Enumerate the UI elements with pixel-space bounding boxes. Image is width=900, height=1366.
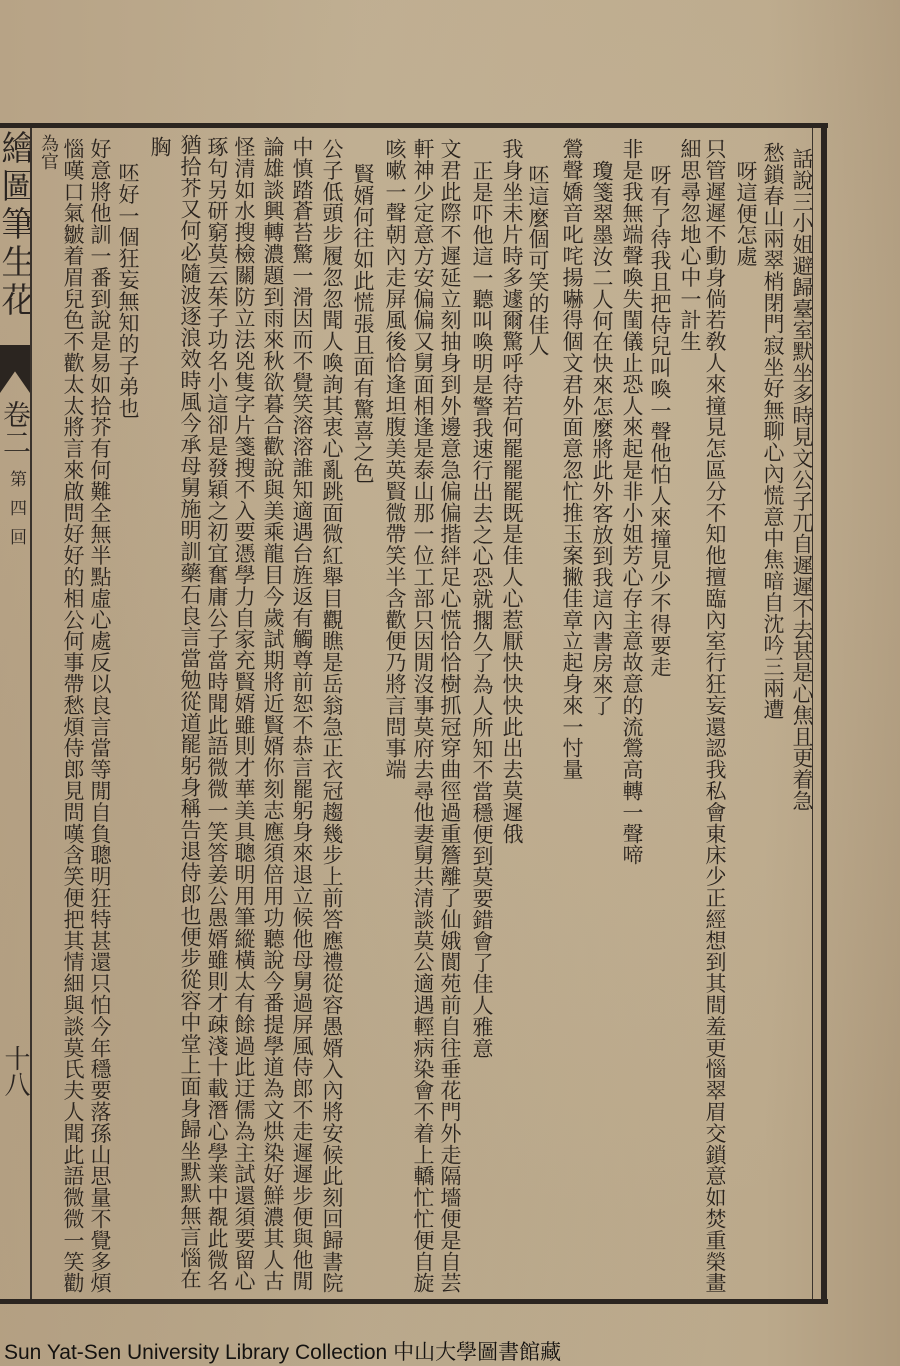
text-column: 軒神少定意方安偏偏又舅面相逢是泰山那一位工部只因閒沒事莫府去尋他妻舅共清談莫公適… xyxy=(411,138,435,1294)
text-column: 話說三小姐避歸臺室默坐多時見文公子兀自遲遲不去甚是心焦且更着急 xyxy=(790,148,814,811)
text-column-indented: 呀有了待我且把侍兒叫喚一聲他怕人來撞見少不得要走 xyxy=(648,164,672,678)
text-column: 惱嘆口氣皺着眉兒色不歡太太將言來啟問好好的相公何事帶愁煩侍郎見問嘆含笑便把其情細… xyxy=(61,138,85,1294)
text-column: 文君此際不遲延立刻抽身到外邊意急偏偏揩絆足心慌恰恰樹抓冠穿曲徑過重簷離了仙娥閬苑… xyxy=(438,138,462,1294)
text-column-indented: 正是吓他這一聽叫喚明是警我速行出去之心恐就擱久了為人所知不當穩便到莫要錯會了佳人… xyxy=(470,160,494,1059)
text-column: 咳嗽一聲朝內走屏風後恰逢坦腹美英賢微帶笑半含歡便乃將言問事端 xyxy=(383,138,407,780)
page-border-bottom xyxy=(0,1299,828,1304)
text-column: 好意將他訓一番到說是易如拾芥有何難全無半點虛心處反以良言當等閒自負聰明狂特甚還只… xyxy=(88,138,112,1294)
text-column-indented: 賢婿何往如此慌張且面有驚喜之色 xyxy=(351,163,375,484)
volume-label: 卷二 xyxy=(0,400,30,456)
fold-margin-line xyxy=(30,128,32,1299)
text-column: 非是我無端聲喚失閨儀止恐人來起是非小姐芳心存主意故意的流鶯高轉一聲啼 xyxy=(620,138,644,866)
text-column: 琢句另研窮莫云茱子功名小這卻是發穎之初宜奮庸公子當時聞此語微微一笑答姜公愚婿雖則… xyxy=(205,136,229,1292)
text-column-indented: 呸好一個狂妄無知的子弟也 xyxy=(116,162,140,419)
text-column-indented: 呀這便怎處 xyxy=(734,160,758,267)
text-column: 論雄談興轉濃題到雨來秋欲暮合歡說與美乘龍目今歲試期將近賢婿你刻志應須倍用功聽說今… xyxy=(261,136,285,1292)
page-border-right xyxy=(821,123,827,1304)
text-column: 猶拾芥又何必隨波逐浪效時風今承母舅施明訓藥石良言當勉從道罷躬身稱告退侍郎也便步從… xyxy=(178,134,202,1290)
text-column: 中慎踏蒼苔驚一滑因而不覺笑溶溶誰知適遇台旌返有觸尊前恕不恭言罷躬身來退立候他母舅… xyxy=(290,136,314,1292)
page-number: 十八 xyxy=(0,1045,30,1097)
collection-caption: Sun Yat-Sen University Library Collectio… xyxy=(4,1336,561,1366)
text-column: 我身坐未片時多遽爾驚呼待若何罷罷罷既是佳人心惹厭快快快此出去莫遲俄 xyxy=(500,138,524,844)
text-column: 鶯聲嬌音叱咤揚嚇得個文君外面意忽忙推玉案撇佳章立起身來一忖量 xyxy=(560,138,584,780)
text-column: 胸 xyxy=(148,136,172,157)
text-column-indented: 呸這麼個可笑的佳人 xyxy=(526,164,550,357)
text-column: 只管遲遲不動身倘若敎人來撞見怎區分不知他擅臨內室行狂妄還認我私會東床少正經想到其… xyxy=(703,138,727,1294)
text-column: 細思尋忽地心中一計生 xyxy=(678,138,702,352)
book-title: 繪圖筆生花 xyxy=(0,130,30,340)
text-column: 公子低頭步履忽忽聞人喚詢其衷心亂跳面微紅舉目觀瞧是岳翁急正衣冠趨幾步上前答應禮從… xyxy=(320,138,344,1294)
text-column-indented: 瓊箋翠墨汝二人何在快來怎麼將此外客放到我這內書房來了 xyxy=(590,160,614,716)
text-column: 為官 xyxy=(36,134,60,171)
chapter-label: 第四回 xyxy=(4,470,28,557)
page-border-top xyxy=(0,123,828,128)
text-column: 愁鎖春山兩翠梢閉門寂坐好無聊心內慌意中焦暗自沈吟三兩遭 xyxy=(761,142,785,720)
text-column: 怪清如水搜檢關防立法兇隻字片箋搜不入要憑學力自家充賢婿雖則才華美具聰明用筆縱橫太… xyxy=(232,136,256,1292)
